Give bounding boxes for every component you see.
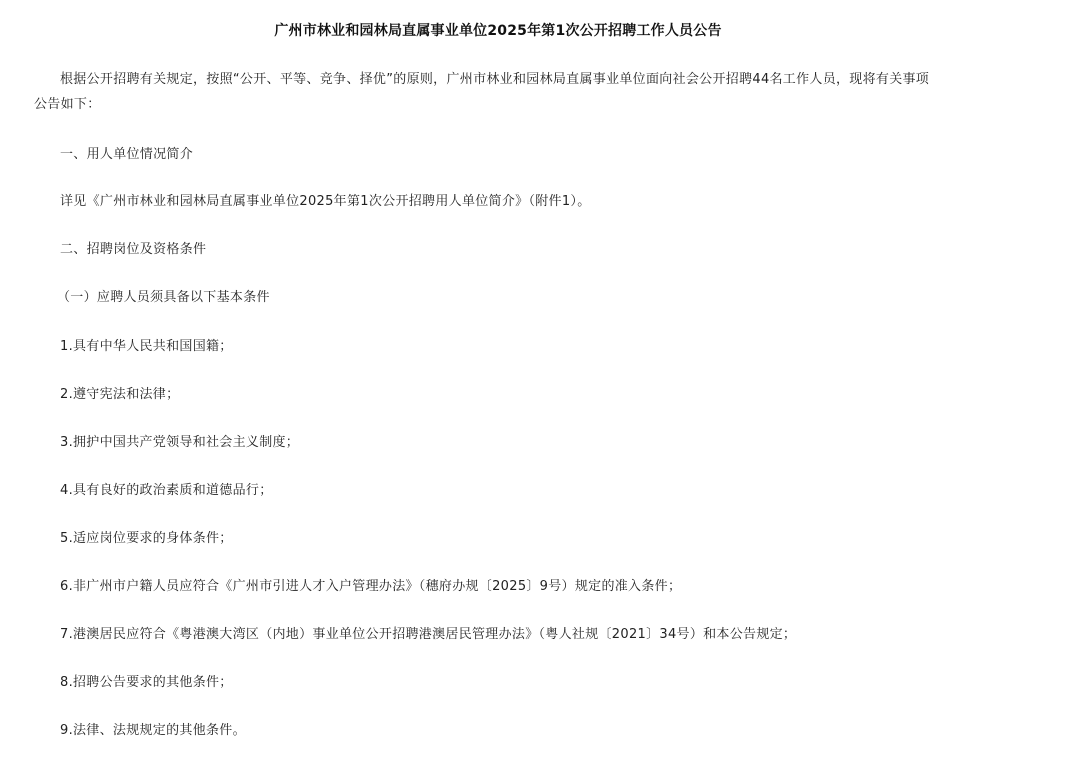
condition-item-1: 1.具有中华人民共和国国籍；: [60, 335, 233, 354]
section-heading-positions: 二、招聘岗位及资格条件: [60, 238, 206, 257]
condition-item-9: 9.法律、法规规定的其他条件。: [60, 719, 246, 738]
condition-item-2: 2.遵守宪法和法律；: [60, 383, 179, 402]
page-title: 广州市林业和园林局直属事业单位2025年第1次公开招聘工作人员公告: [0, 20, 996, 40]
subheading-basic-conditions: （一）应聘人员须具备以下基本条件: [57, 286, 270, 305]
condition-item-5: 5.适应岗位要求的身体条件；: [60, 527, 233, 546]
employer-intro-text: 详见《广州市林业和园林局直属事业单位2025年第1次公开招聘用人单位简介》（附件…: [60, 190, 591, 209]
condition-item-7: 7.港澳居民应符合《粤港澳大湾区（内地）事业单位公开招聘港澳居民管理办法》（粤人…: [60, 623, 796, 642]
condition-item-8: 8.招聘公告要求的其他条件；: [60, 671, 233, 690]
condition-item-6: 6.非广州市户籍人员应符合《广州市引进人才入户管理办法》（穗府办规〔2025〕9…: [60, 575, 681, 594]
intro-paragraph: 根据公开招聘有关规定，按照“公开、平等、竞争、择优”的原则，广州市林业和园林局直…: [34, 67, 934, 117]
condition-item-3: 3.拥护中国共产党领导和社会主义制度；: [60, 431, 299, 450]
condition-item-4: 4.具有良好的政治素质和道德品行；: [60, 479, 273, 498]
section-heading-employer-intro: 一、用人单位情况简介: [60, 143, 193, 162]
